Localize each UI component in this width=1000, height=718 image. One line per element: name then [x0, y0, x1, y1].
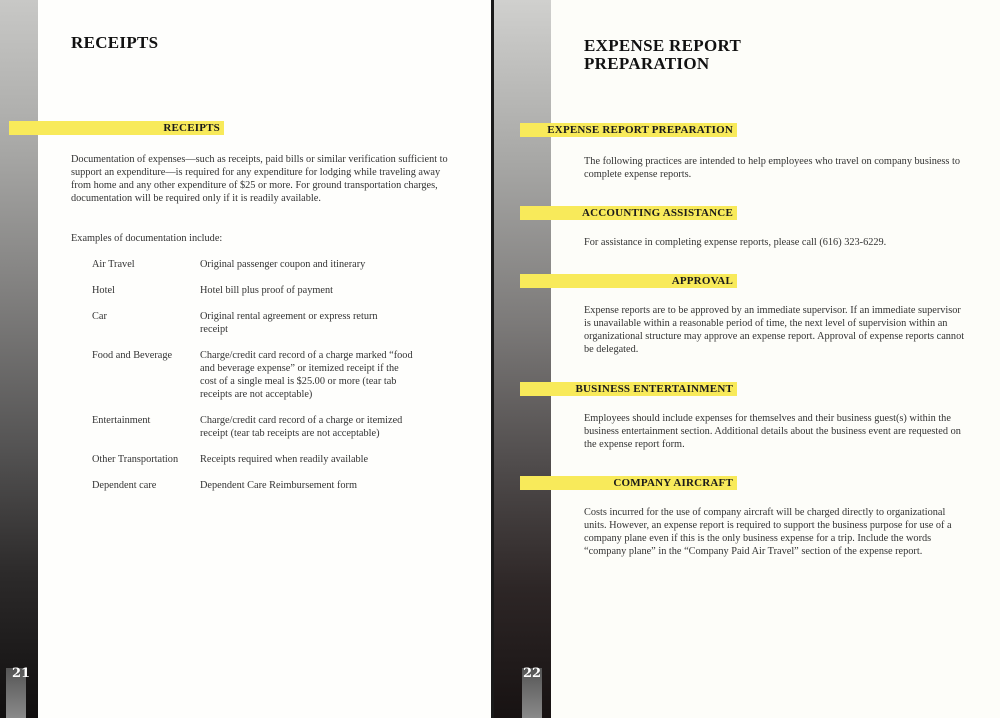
page-title-line-2: PREPARATION: [584, 55, 741, 73]
requirement: Original passenger coupon and itinerary: [200, 258, 415, 271]
section-heading: EXPENSE REPORT PREPARATION: [520, 123, 737, 137]
section-body: Costs incurred for the use of company ai…: [584, 506, 969, 558]
section-heading: BUSINESS ENTERTAINMENT: [520, 382, 737, 396]
category: Other Transportation: [92, 453, 200, 466]
section-heading-receipts: RECEIPTS: [9, 121, 224, 135]
section-body: For assistance in completing expense rep…: [584, 236, 974, 249]
section-heading: ACCOUNTING ASSISTANCE: [520, 206, 737, 220]
requirement: Hotel bill plus proof of payment: [200, 284, 415, 297]
page-number: 21: [12, 666, 30, 681]
left-gradient-strip: [0, 0, 38, 718]
table-row: Hotel Hotel bill plus proof of payment: [92, 284, 422, 297]
table-row: Food and Beverage Charge/credit card rec…: [92, 349, 422, 401]
category: Entertainment: [92, 414, 200, 440]
receipts-intro: Documentation of expenses—such as receip…: [71, 153, 461, 205]
category: Air Travel: [92, 258, 200, 271]
section-body: Expense reports are to be approved by an…: [584, 304, 969, 356]
table-row: Car Original rental agreement or express…: [92, 310, 422, 336]
table-row: Entertainment Charge/credit card record …: [92, 414, 422, 440]
requirement: Charge/credit card record of a charge ma…: [200, 349, 415, 401]
requirement: Dependent Care Reimbursement form: [200, 479, 415, 492]
page-number: 22: [523, 666, 541, 681]
section-body: The following practices are intended to …: [584, 155, 974, 181]
documentation-table: Air Travel Original passenger coupon and…: [92, 258, 422, 505]
category: Hotel: [92, 284, 200, 297]
category: Car: [92, 310, 200, 336]
table-row: Other Transportation Receipts required w…: [92, 453, 422, 466]
section-heading: COMPANY AIRCRAFT: [520, 476, 737, 490]
page-title: RECEIPTS: [71, 34, 158, 52]
page-title-line-1: EXPENSE REPORT: [584, 37, 741, 55]
examples-label: Examples of documentation include:: [71, 232, 371, 245]
table-row: Dependent care Dependent Care Reimbursem…: [92, 479, 422, 492]
requirement: Receipts required when readily available: [200, 453, 415, 466]
requirement: Charge/credit card record of a charge or…: [200, 414, 415, 440]
requirement: Original rental agreement or express ret…: [200, 310, 385, 336]
section-heading: APPROVAL: [520, 274, 737, 288]
category: Dependent care: [92, 479, 200, 492]
table-row: Air Travel Original passenger coupon and…: [92, 258, 422, 271]
category: Food and Beverage: [92, 349, 200, 401]
section-body: Employees should include expenses for th…: [584, 412, 969, 451]
right-page: 22 EXPENSE REPORT PREPARATION EXPENSE RE…: [492, 0, 1000, 718]
page-title: EXPENSE REPORT PREPARATION: [584, 37, 741, 73]
left-page: 21 RECEIPTS RECEIPTS Documentation of ex…: [0, 0, 492, 718]
right-gradient-strip: [494, 0, 551, 718]
book-gutter: [491, 0, 494, 718]
